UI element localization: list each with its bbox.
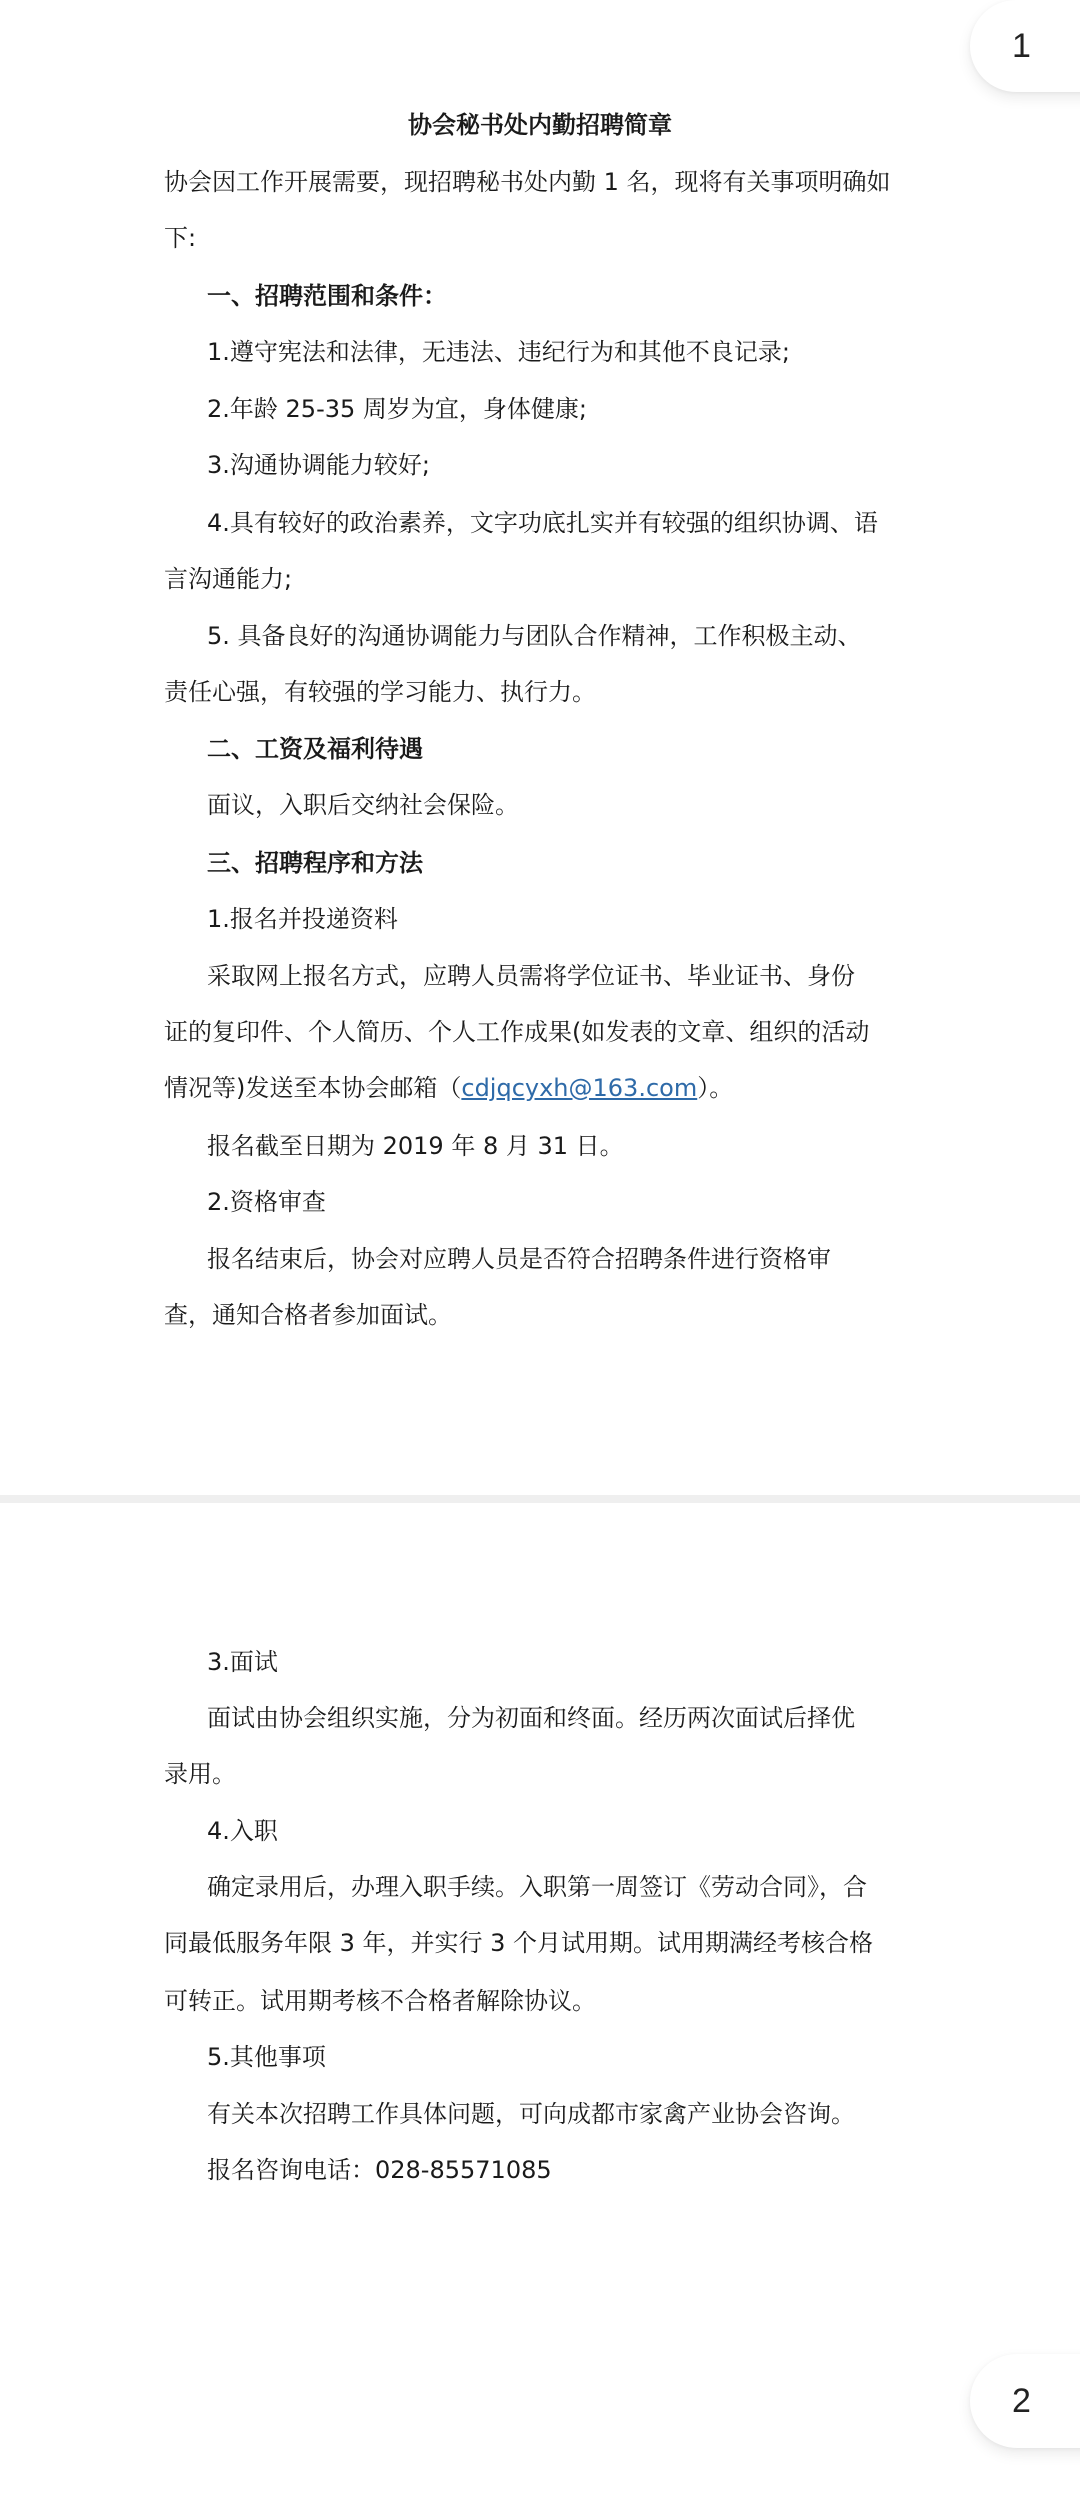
step-3-text: 面试由协会组织实施，分为初面和终面。经历两次面试后择优: [207, 1703, 967, 1733]
email-suffix-text: ）。: [697, 1074, 733, 1102]
section-heading-1: 一、招聘范围和条件：: [207, 281, 967, 311]
requirement-3: 3.沟通协调能力较好;: [207, 450, 967, 480]
page-number-badge-2: 2: [970, 2354, 1080, 2448]
document-title: 协会秘书处内勤招聘简章: [0, 110, 1080, 140]
deadline-text: 报名截至日期为 2019 年 8 月 31 日。: [207, 1131, 967, 1161]
step-1-title: 1.报名并投递资料: [207, 904, 967, 934]
page-number-label: 2: [1012, 2382, 1031, 2421]
requirement-4: 4.具有较好的政治素养，文字功底扎实并有较强的组织协调、语: [207, 508, 967, 538]
page-number-badge-1: 1: [970, 0, 1080, 92]
salary-text: 面议，入职后交纳社会保险。: [207, 790, 967, 820]
document-page-2: 3.面试 面试由协会组织实施，分为初面和终面。经历两次面试后择优 录用。 4.入…: [0, 1503, 1080, 2505]
requirement-5: 5. 具备良好的沟通协调能力与团队合作精神，工作积极主动、: [207, 621, 967, 651]
section-heading-2: 二、工资及福利待遇: [207, 734, 967, 764]
requirement-2: 2.年龄 25-35 周岁为宜，身体健康;: [207, 394, 967, 424]
requirement-4-cont: 言沟通能力;: [164, 564, 924, 594]
step-2-title: 2.资格审查: [207, 1187, 967, 1217]
step-5-text: 有关本次招聘工作具体问题，可向成都市家禽产业协会咨询。: [207, 2099, 967, 2129]
step-3-text-cont: 录用。: [164, 1759, 924, 1789]
step-4-text: 确定录用后，办理入职手续。入职第一周签订《劳动合同》，合: [207, 1872, 967, 1902]
section-heading-3: 三、招聘程序和方法: [207, 848, 967, 878]
page-divider: [0, 1495, 1080, 1503]
requirement-1: 1.遵守宪法和法律，无违法、违纪行为和其他不良记录;: [207, 337, 967, 367]
email-prefix-text: 情况等)发送至本协会邮箱（: [164, 1074, 461, 1102]
document-page-1: 1 协会秘书处内勤招聘简章 协会因工作开展需要，现招聘秘书处内勤 1 名，现将有…: [0, 0, 1080, 1495]
step-4-title: 4.入职: [207, 1816, 967, 1846]
email-link[interactable]: cdjqcyxh@163.com: [461, 1074, 697, 1102]
step-4-text-cont-2: 可转正。试用期考核不合格者解除协议。: [164, 1986, 924, 2016]
intro-text: 协会因工作开展需要，现招聘秘书处内勤 1 名，现将有关事项明确如: [164, 167, 924, 197]
page-number-label: 1: [1012, 27, 1031, 66]
phone-text: 报名咨询电话：028-85571085: [207, 2155, 967, 2185]
step-1-text: 采取网上报名方式，应聘人员需将学位证书、毕业证书、身份: [207, 961, 967, 991]
step-1-text-email-line: 情况等)发送至本协会邮箱（cdjqcyxh@163.com）。: [164, 1073, 924, 1103]
step-2-text: 报名结束后，协会对应聘人员是否符合招聘条件进行资格审: [207, 1244, 967, 1274]
step-3-title: 3.面试: [207, 1647, 967, 1677]
requirement-5-cont: 责任心强，有较强的学习能力、执行力。: [164, 677, 924, 707]
step-5-title: 5.其他事项: [207, 2042, 967, 2072]
step-2-text-cont: 查，通知合格者参加面试。: [164, 1300, 924, 1330]
intro-text-cont: 下:: [164, 223, 924, 253]
step-1-text-cont: 证的复印件、个人简历、个人工作成果(如发表的文章、组织的活动: [164, 1017, 924, 1047]
step-4-text-cont: 同最低服务年限 3 年，并实行 3 个月试用期。试用期满经考核合格: [164, 1928, 924, 1958]
